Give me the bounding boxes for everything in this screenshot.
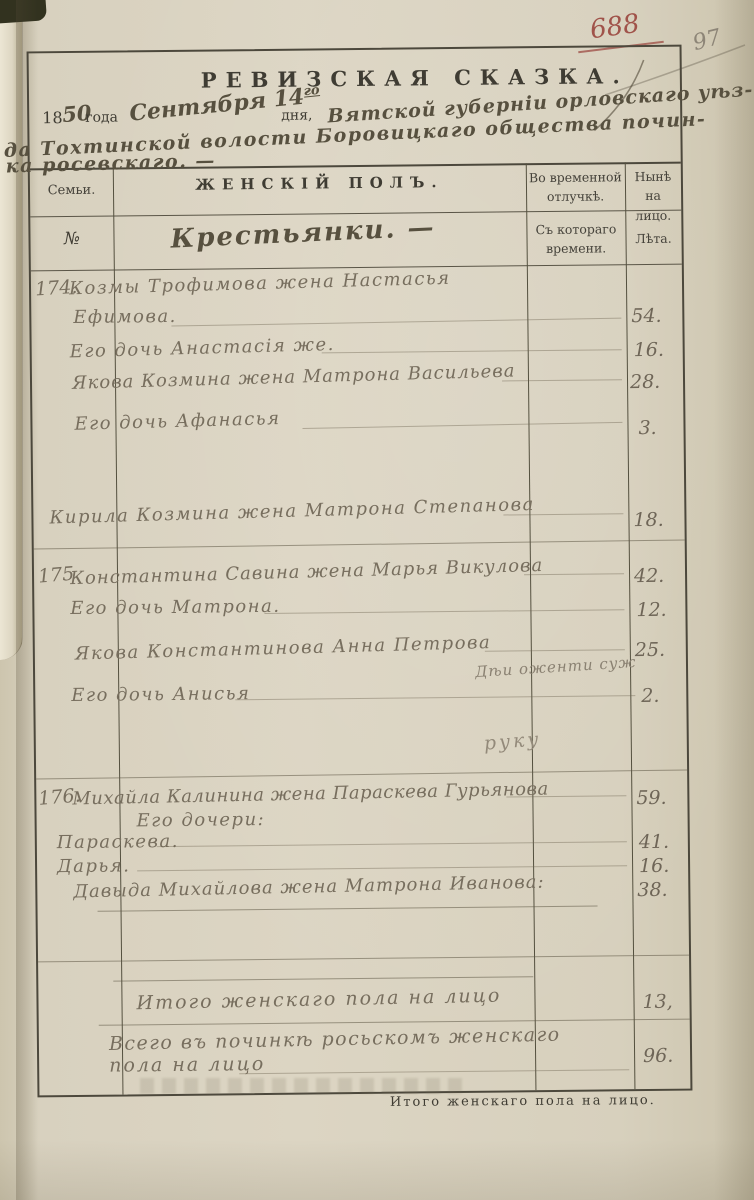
col-subheader-number: № [30, 229, 113, 250]
filler-dash [137, 865, 627, 871]
col-header-family: Семьи. [30, 181, 113, 202]
entry-name: Давыда Михайлова жена Матрона Иванова: [73, 872, 545, 903]
filler-dash [239, 1069, 629, 1074]
col-header-absence: Во временной отлучкѣ. [526, 167, 625, 207]
col-divider-absence [526, 163, 537, 1090]
reverse-side-showthrough [140, 1078, 470, 1094]
totals-line2a: Всего въ починкѣ росьскомъ женскаго [109, 1024, 561, 1055]
entry-name: Константина Савина жена Марья Викулова [70, 555, 544, 589]
entry-age: 16. [634, 339, 664, 361]
col-header-names: ЖЕНСКІЙ ПОЛЪ. [113, 172, 526, 194]
entry-age: 42. [634, 565, 664, 587]
entry-name: Дарья. [57, 855, 131, 877]
totals-line1: Итого женскаго пола на лицо [136, 985, 501, 1015]
entry-age: 18. [633, 509, 663, 531]
family-end-line [98, 906, 598, 912]
entry-name: Якова Константинова Анна Петрова [75, 632, 492, 665]
entry-name: Его дочь Анастасія же. [69, 334, 335, 362]
entry-age: 3. [638, 417, 656, 439]
filler-dash [322, 349, 622, 353]
totals-divider [99, 1019, 690, 1026]
entry-age: 28. [630, 371, 660, 393]
place-line-3: ка росевскаго. — [5, 150, 216, 178]
filler-dash [157, 841, 627, 847]
filler-dash [485, 649, 625, 651]
entry-age: 2. [641, 685, 659, 707]
filler-dash [524, 573, 624, 575]
col-header-absence-line1: Во временной [529, 169, 622, 185]
entry-age: 41. [639, 831, 669, 853]
printed-footer-caption: Итого женскаго пола на лицо. [390, 1093, 656, 1110]
entry-age: 25. [635, 639, 665, 661]
filler-dash [502, 379, 622, 381]
entry-name: Его дочь Анисья [71, 683, 250, 706]
entry-name: Его дочь Афанасья [74, 408, 281, 435]
col-header-present: Нынѣ на лицо. [625, 167, 682, 226]
entry-subheading: Его дочери: [136, 809, 265, 831]
pencil-scribble: руку [483, 728, 542, 755]
printed-year-prefix: 18 [42, 108, 63, 127]
totals-partial-line [113, 976, 533, 981]
col-header-absence-line2: отлучкѣ. [547, 189, 604, 205]
entry-name: Кирила Козмина жена Матрона Степанова [49, 494, 535, 529]
scanned-page: 688 97 РЕВИЗСКАЯ СКАЗКА. 18 50 года Сент… [0, 0, 754, 1200]
filler-dash [303, 422, 623, 429]
family-separator [34, 539, 685, 549]
entry-age: 38. [637, 879, 667, 901]
entry-age: 16. [639, 855, 669, 877]
entry-name: Козмы Трофимова жена Настасья [69, 268, 451, 300]
entry-name: Параскева. [57, 831, 179, 853]
totals-line2-value: 96. [643, 1045, 673, 1067]
entry-age: 59. [636, 787, 666, 809]
filler-dash [264, 609, 624, 614]
col-header-present-line2: лицо. [635, 207, 671, 222]
totals-top-line [38, 955, 689, 963]
entry-name: Ефимова. [73, 306, 177, 328]
entry-age: 54. [631, 305, 661, 327]
col-subheader-absence-line1: Съ котораго [535, 221, 616, 237]
totals-line1-value: 13, [642, 991, 672, 1013]
marginal-annotation: Дѣи оженти суж [475, 653, 637, 681]
col-subheader-absence: Съ котораго времени. [526, 219, 625, 259]
family-separator [36, 769, 687, 779]
entry-name: Якова Козмина жена Матрона Васильева [72, 360, 516, 393]
handwritten-date-ordinal: го [303, 83, 320, 99]
filler-dash [235, 695, 635, 700]
entry-age: 12. [636, 599, 666, 621]
bottom-shadow [0, 1140, 754, 1200]
col-subheader-age: Лѣта. [625, 229, 681, 249]
filler-dash [171, 318, 621, 327]
entry-name: Его дочь Матрона. [70, 596, 280, 619]
folio-number-red: 688 [588, 9, 641, 46]
col-header-present-line1: Нынѣ на [634, 169, 671, 204]
col-subheader-absence-line2: времени. [546, 241, 606, 257]
printed-year-word: года [85, 110, 118, 126]
col-subheader-names-handwritten: Крестьянки. — [170, 213, 436, 255]
revision-table: РЕВИЗСКАЯ СКАЗКА. 18 50 года Сентября 14… [27, 45, 693, 1098]
folio-number-pencil: 97 [690, 25, 723, 56]
entry-name: Михайла Калинина жена Параскева Гурьянов… [72, 779, 549, 810]
filler-dash [506, 795, 626, 797]
col-divider-present [625, 162, 636, 1089]
filler-dash [503, 513, 623, 515]
edge-vignette [714, 0, 754, 1200]
printed-day-word: дня, [281, 107, 312, 123]
